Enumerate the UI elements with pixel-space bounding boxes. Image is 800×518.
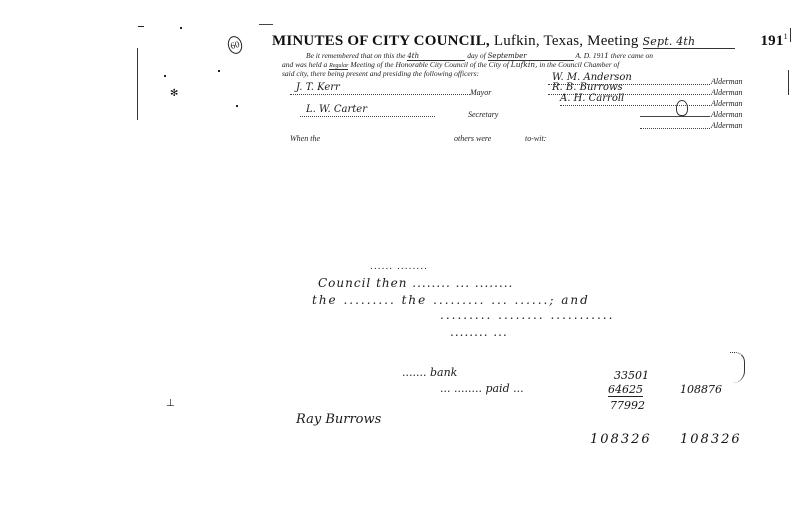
alderman-3-role: Alderman [711,99,743,108]
alderman-2-name-hand: R. B. Burrows [552,82,623,93]
title-main: MINUTES OF CITY COUNCIL, [272,33,490,49]
scan-mark [259,24,273,25]
account-value-a: 33501 [614,369,649,382]
to-wit-label: to-wit: [525,134,546,143]
preamble-city: Lufkin, [511,60,538,69]
scan-mark [164,75,166,77]
others-were-label: others were [454,134,491,143]
minutes-line-5: ........ ... [450,325,508,339]
alderman-2-role: Alderman [711,88,743,97]
scan-mark [218,70,220,72]
when-the-label: When the [290,134,320,143]
bracket-mark [730,352,745,383]
margin-line [788,70,789,95]
account-value-b: 64625 [608,383,643,397]
account-label-2: ... ........ paid ... [440,382,524,395]
mayor-role: Mayor [470,88,491,97]
document-title: MINUTES OF CITY COUNCIL, Lufkin, Texas, … [272,32,788,50]
minutes-line-2: Council then ........ ... ........ [318,276,513,290]
margin-line [137,48,138,120]
scan-mark [138,26,144,27]
minutes-line-1: ...... ........ [370,262,428,272]
page-number-stamp: 60 [226,34,244,55]
mayor-name-hand: J. T. Kerr [296,82,340,93]
scan-mark [236,105,238,107]
minutes-line-3: the ......... the ......... ... ......; … [312,293,590,307]
secretary-role: Secretary [468,110,498,119]
alderman-3-name-hand: A. H. Carroll [560,93,624,104]
meeting-date-hand: Sept. 4th [643,35,735,49]
alderman-5-line [640,118,710,129]
title-city: Lufkin, Texas, Meeting [494,33,639,49]
margin-symbol: ⊥ [166,398,175,409]
minutes-line-4: ......... ........ ........... [440,308,614,322]
secretary-name-hand: L. W. Carter [306,104,367,115]
year-suffix: 1 [784,32,788,41]
account-value-right: 108876 [680,383,722,396]
alderman-5-role: Alderman [711,121,743,130]
margin-line [790,28,791,42]
year-prefix: 191 [760,33,783,49]
scan-mark [180,27,182,29]
preamble-line-3: said city, there being present and presi… [282,69,479,78]
signature-hand: Ray Burrows [296,412,381,427]
footer-value-right: 108326 [680,432,742,447]
footer-value-left: 108326 [590,432,652,447]
alderman-4-role: Alderman [711,110,743,119]
margin-symbol: ✻ [170,88,178,99]
account-label-1: ....... bank [402,366,457,379]
alderman-1-role: Alderman [711,77,743,86]
account-value-total: 77992 [610,399,645,412]
pen-loop-mark [676,100,688,116]
alderman-4-line [640,106,710,117]
